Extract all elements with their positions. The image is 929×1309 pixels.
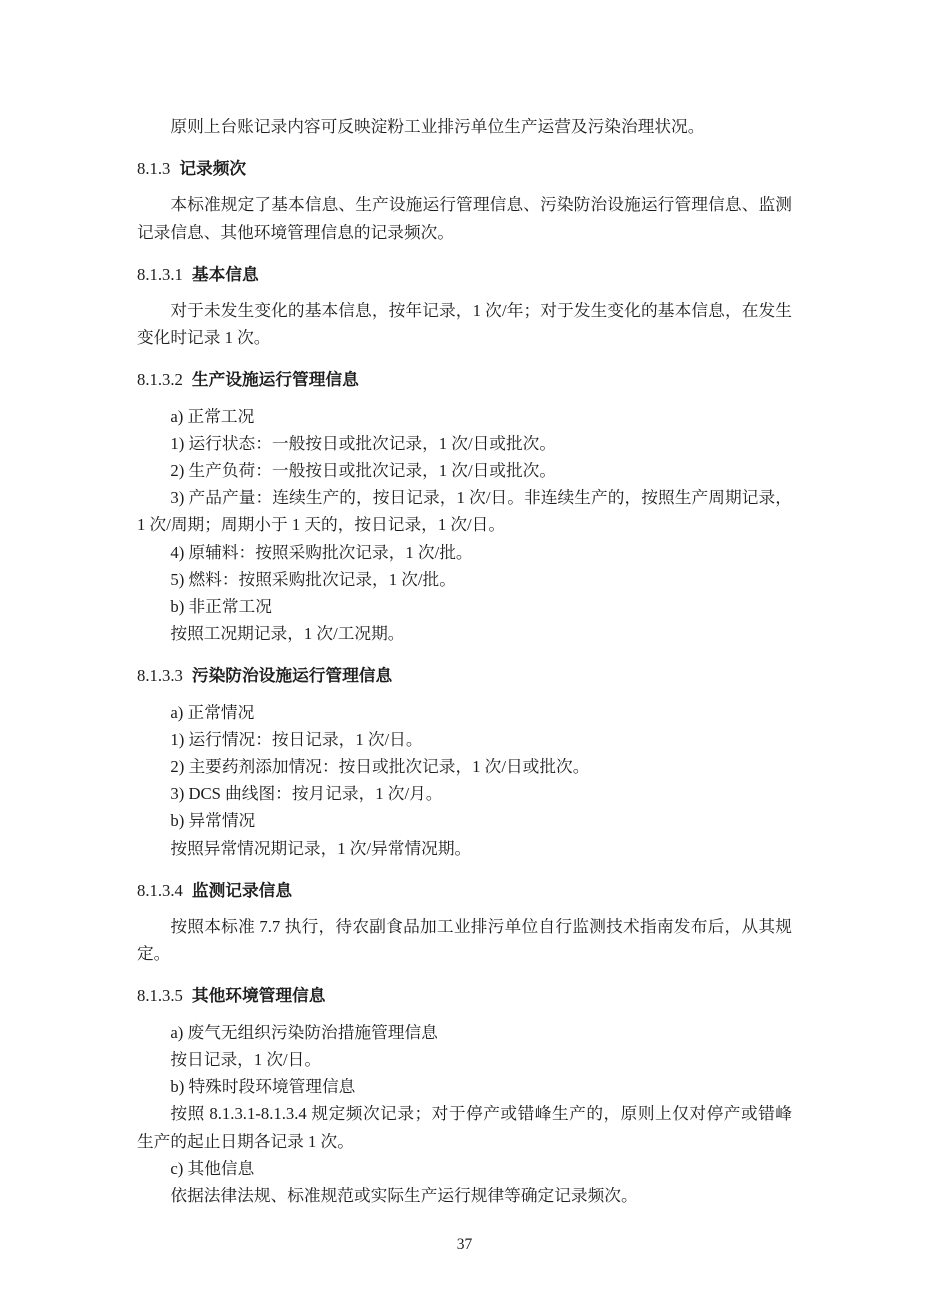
section-title: 记录频次 bbox=[179, 159, 246, 178]
paragraph: 原则上台账记录内容可反映淀粉工业排污单位生产运营及污染治理状况。 bbox=[137, 113, 792, 140]
list-item: a) 废气无组织污染防治措施管理信息 bbox=[137, 1019, 792, 1046]
paragraph: 对于未发生变化的基本信息，按年记录，1 次/年；对于发生变化的基本信息，在发生变… bbox=[137, 297, 792, 351]
list-item: c) 其他信息 bbox=[137, 1155, 792, 1182]
section-number: 8.1.3.5 bbox=[137, 986, 183, 1005]
list-item: 按日记录，1 次/日。 bbox=[137, 1046, 792, 1073]
section-heading: 8.1.3.3污染防治设施运行管理信息 bbox=[137, 662, 792, 689]
list-item: 按照工况期记录，1 次/工况期。 bbox=[137, 620, 792, 647]
section-heading: 8.1.3.1基本信息 bbox=[137, 261, 792, 288]
list-item: b) 非正常工况 bbox=[137, 593, 792, 620]
paragraph: 按照本标准 7.7 执行，待农副食品加工业排污单位自行监测技术指南发布后，从其规… bbox=[137, 913, 792, 967]
list-item: 1) 运行状态：一般按日或批次记录，1 次/日或批次。 bbox=[137, 430, 792, 457]
section-heading: 8.1.3.5其他环境管理信息 bbox=[137, 982, 792, 1009]
list-item: 2) 生产负荷：一般按日或批次记录，1 次/日或批次。 bbox=[137, 457, 792, 484]
page-footer: 37 bbox=[0, 1233, 929, 1257]
paragraph: 本标准规定了基本信息、生产设施运行管理信息、污染防治设施运行管理信息、监测记录信… bbox=[137, 191, 792, 245]
list-item: 依据法律法规、标准规范或实际生产运行规律等确定记录频次。 bbox=[137, 1182, 792, 1209]
list-item: 3) 产品产量：连续生产的，按日记录，1 次/日。非连续生产的，按照生产周期记录… bbox=[137, 484, 792, 538]
list-item: 2) 主要药剂添加情况：按日或批次记录，1 次/日或批次。 bbox=[137, 753, 792, 780]
list-item: b) 异常情况 bbox=[137, 807, 792, 834]
section-number: 8.1.3.2 bbox=[137, 370, 183, 389]
list-item: a) 正常工况 bbox=[137, 403, 792, 430]
section-title: 污染防治设施运行管理信息 bbox=[192, 666, 392, 685]
section-number: 8.1.3.1 bbox=[137, 265, 183, 284]
list-item: a) 正常情况 bbox=[137, 699, 792, 726]
list-item: 3) DCS 曲线图：按月记录，1 次/月。 bbox=[137, 780, 792, 807]
section-heading: 8.1.3.4监测记录信息 bbox=[137, 877, 792, 904]
document-body: 原则上台账记录内容可反映淀粉工业排污单位生产运营及污染治理状况。8.1.3记录频… bbox=[0, 0, 929, 1209]
document-page: 原则上台账记录内容可反映淀粉工业排污单位生产运营及污染治理状况。8.1.3记录频… bbox=[0, 0, 929, 1309]
paragraph: 按照 8.1.3.1-8.1.3.4 规定频次记录；对于停产或错峰生产的，原则上… bbox=[137, 1100, 792, 1154]
list-item: 1) 运行情况：按日记录，1 次/日。 bbox=[137, 726, 792, 753]
section-heading: 8.1.3.2生产设施运行管理信息 bbox=[137, 366, 792, 393]
list-item: 按照异常情况期记录，1 次/异常情况期。 bbox=[137, 835, 792, 862]
section-number: 8.1.3 bbox=[137, 159, 170, 178]
page-number: 37 bbox=[457, 1236, 473, 1253]
section-title: 基本信息 bbox=[192, 265, 259, 284]
list-item: 4) 原辅料：按照采购批次记录，1 次/批。 bbox=[137, 539, 792, 566]
list-item: 5) 燃料：按照采购批次记录，1 次/批。 bbox=[137, 566, 792, 593]
section-title: 其他环境管理信息 bbox=[192, 986, 326, 1005]
section-number: 8.1.3.4 bbox=[137, 881, 183, 900]
section-number: 8.1.3.3 bbox=[137, 666, 183, 685]
section-heading: 8.1.3记录频次 bbox=[137, 155, 792, 182]
list-item: b) 特殊时段环境管理信息 bbox=[137, 1073, 792, 1100]
section-title: 监测记录信息 bbox=[192, 881, 292, 900]
section-title: 生产设施运行管理信息 bbox=[192, 370, 359, 389]
